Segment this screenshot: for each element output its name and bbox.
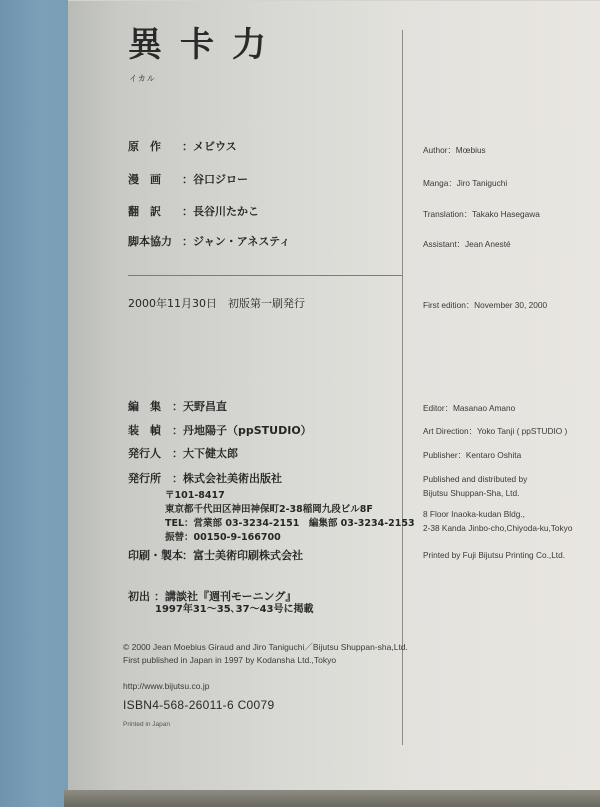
printing-value: ：富士美術印刷株式会社 (182, 549, 303, 562)
staff-label: 発行所 (128, 472, 172, 486)
credit-value: ：メビウス (182, 140, 237, 153)
address-line2-en: 2-38 Kanda Jinbo-cho,Chiyoda-ku,Tokyo (423, 522, 572, 535)
staff-editor-en: Editor：Masanao Amano (423, 402, 515, 415)
publisher-name-en: Bijutsu Shuppan-Sha, Ltd. (423, 487, 519, 500)
copyright-line1: © 2000 Jean Moebius Giraud and Jiro Tani… (123, 641, 408, 654)
credit-translation-jp: 翻 訳：長谷川たかこ (128, 205, 259, 219)
first-published-jp: 初出：講談社『週刊モーニング』 (128, 590, 296, 604)
address-line1-en: 8 Floor Inaoka-kudan Bldg., (423, 508, 525, 521)
credit-value: ：長谷川たかこ (182, 205, 259, 218)
staff-editor-jp: 編 集：天野昌直 (128, 400, 227, 414)
edition-en: First edition：November 30, 2000 (423, 299, 547, 312)
isbn: ISBN4-568-26011-6 C0079 (123, 698, 274, 712)
staff-value: ：丹地陽子（ppSTUDIO） (172, 424, 312, 437)
published-by-en: Published and distributed by (423, 473, 527, 486)
printing-label: 印刷・製本 (128, 549, 182, 563)
first-published-label: 初出 (128, 590, 154, 604)
copyright-line2: First published in Japan in 1997 by Koda… (123, 654, 336, 667)
staff-publisher-en: Publisher：Kentaro Oshita (423, 449, 521, 462)
staff-value: ：大下健太郎 (172, 447, 238, 460)
staff-label: 発行人 (128, 447, 172, 461)
horizontal-rule (128, 275, 402, 276)
publisher-postal-code: 〒101-8417 (165, 489, 225, 503)
website-url: http://www.bijutsu.co.jp (123, 680, 209, 693)
credit-assistant-en: Assistant：Jean Anesté (423, 238, 511, 251)
page-bottom-edge (64, 790, 600, 807)
credit-manga-jp: 漫 画：谷口ジロー (128, 173, 248, 187)
first-published-detail: 1997年31〜35､37〜43号に掲載 (155, 603, 314, 617)
credit-value: ：ジャン・アネスティ (182, 235, 290, 248)
staff-value: ：天野昌直 (172, 400, 227, 413)
staff-publishing-house-jp: 発行所：株式会社美術出版社 (128, 472, 282, 486)
background-blue-surface (0, 0, 70, 807)
publisher-phone: TEL：営業部 03-3234-2151 編集部 03-3234-2153 (165, 517, 415, 531)
staff-label: 装 幀 (128, 424, 172, 438)
credit-label: 翻 訳 (128, 205, 182, 219)
credit-label: 漫 画 (128, 173, 182, 187)
book-title: 異卡力 (128, 28, 284, 62)
credit-manga-en: Manga：Jiro Taniguchi (423, 177, 507, 190)
credit-label: 原 作 (128, 140, 182, 154)
printed-by-en: Printed by Fuji Bijutsu Printing Co.,Ltd… (423, 549, 565, 562)
credit-assistant-jp: 脚本協力：ジャン・アネスティ (128, 235, 290, 249)
staff-label: 編 集 (128, 400, 172, 414)
book-title-ruby: イカル (129, 73, 156, 84)
credit-label: 脚本協力 (128, 235, 182, 249)
publisher-transfer-account: 振替：00150-9-166700 (165, 531, 281, 545)
printed-in: Printed in Japan (123, 721, 170, 728)
printing-jp: 印刷・製本：富士美術印刷株式会社 (128, 549, 303, 563)
first-published-value: ：講談社『週刊モーニング』 (154, 590, 296, 603)
credit-author-en: Author：Mœbius (423, 144, 486, 157)
publisher-address: 東京都千代田区神田神保町2-38稲岡九段ビル8F (165, 503, 373, 517)
staff-design-jp: 装 幀：丹地陽子（ppSTUDIO） (128, 424, 312, 438)
colophon-page (68, 0, 600, 792)
credit-translation-en: Translation：Takako Hasegawa (423, 208, 540, 221)
credit-author-jp: 原 作：メビウス (128, 140, 237, 154)
vertical-divider (402, 30, 403, 745)
staff-publisher-jp: 発行人：大下健太郎 (128, 447, 238, 461)
staff-value: ：株式会社美術出版社 (172, 472, 282, 485)
staff-art-direction-en: Art Direction：Yoko Tanji ( ppSTUDIO ) (423, 425, 567, 438)
edition-jp: 2000年11月30日 初版第一刷発行 (128, 297, 305, 311)
credit-value: ：谷口ジロー (182, 173, 248, 186)
